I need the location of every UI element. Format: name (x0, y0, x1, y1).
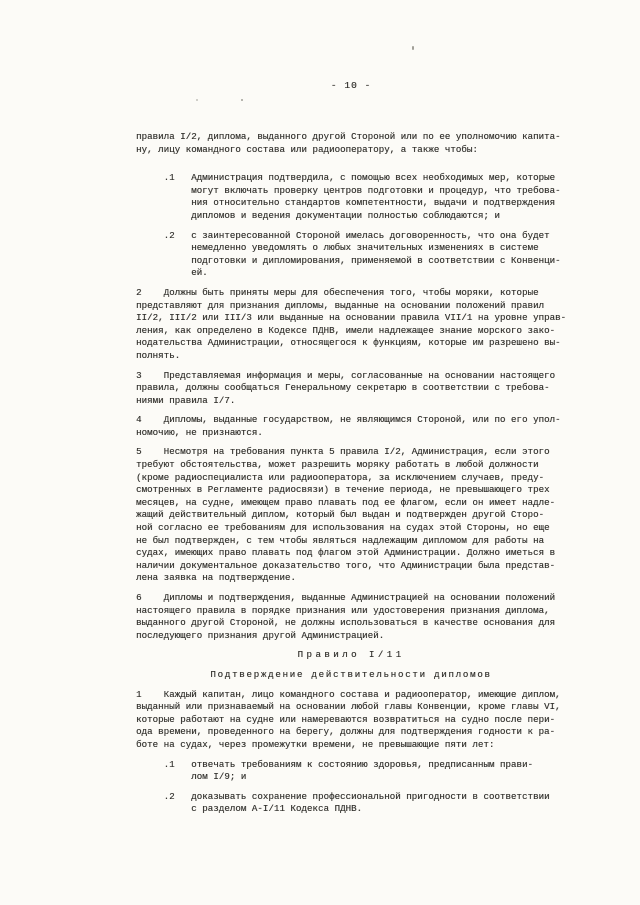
rule-heading: Правило I/11 (136, 649, 566, 662)
paragraph-3: 3 Представляемая информация и меры, согл… (136, 370, 576, 408)
paragraph-6: 6 Дипломы и подтверждения, выданные Адми… (136, 592, 576, 642)
list-item-1: .1 Администрация подтвердила, с помощью … (136, 172, 576, 222)
list-item-i11-2: .2 доказывать сохранение профессионально… (136, 791, 576, 816)
scan-speck (412, 46, 414, 50)
page-number: - 10 - (136, 80, 566, 92)
paragraph-2: 2 Должны быть приняты меры для обеспечен… (136, 287, 576, 363)
scanned-document-page: - 10 - правила I/2, диплома, выданного д… (0, 0, 640, 905)
document-body: правила I/2, диплома, выданного другой С… (136, 131, 576, 823)
list-item-2: .2 с заинтересованной Стороной имелась д… (136, 230, 576, 280)
paragraph-4: 4 Дипломы, выданные государством, не явл… (136, 414, 576, 439)
list-item-i11-1: .1 отвечать требованиям к состоянию здор… (136, 759, 576, 784)
scan-speck (241, 99, 243, 101)
paragraph-i11-1: 1 Каждый капитан, лицо командного состав… (136, 689, 576, 752)
paragraph-5: 5 Несмотря на требования пункта 5 правил… (136, 446, 576, 585)
scan-speck (196, 99, 198, 101)
rule-subheading: Подтверждение действительности дипломов (136, 669, 566, 682)
intro-continuation-paragraph: правила I/2, диплома, выданного другой С… (136, 131, 576, 156)
